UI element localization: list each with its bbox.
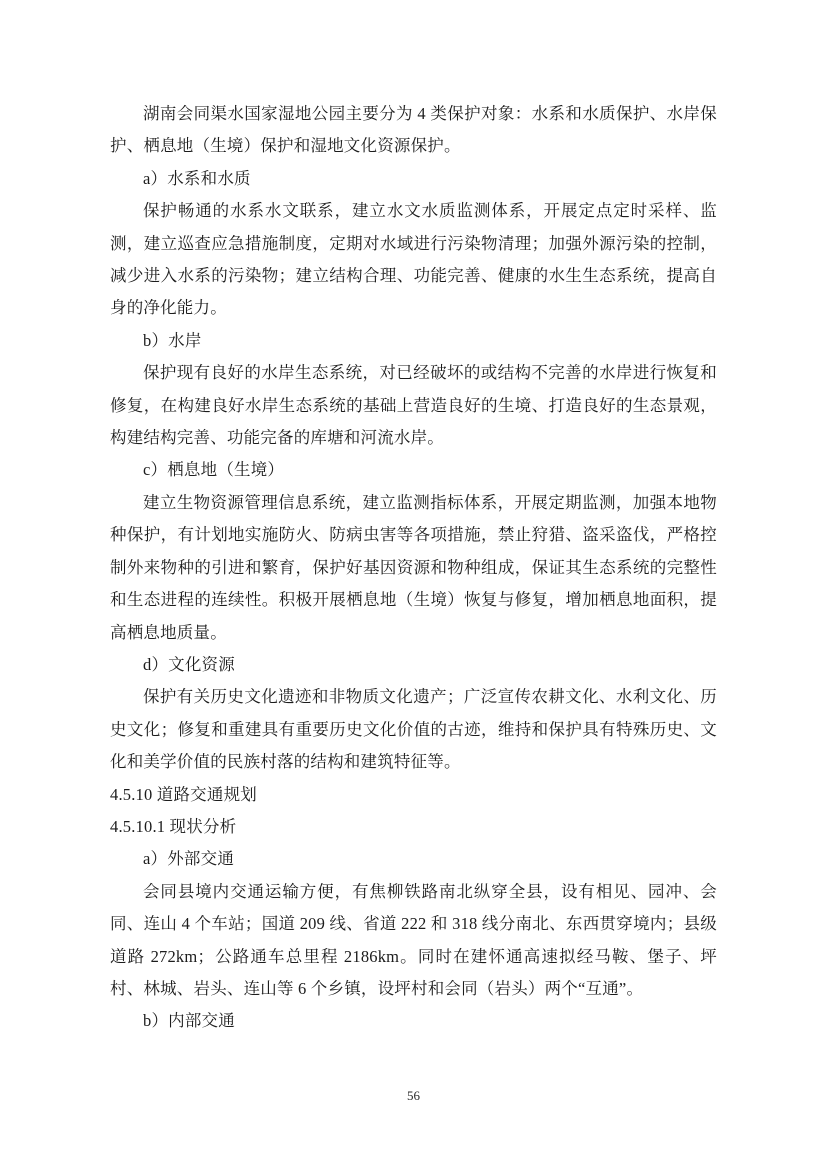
item-b-internal-traffic: b）内部交通 (110, 1005, 717, 1037)
paragraph-external-traffic-detail: 会同县境内交通运输方便，有焦柳铁路南北纵穿全县，设有相见、园冲、会同、连山 4 … (110, 876, 717, 1006)
item-b-shoreline: b）水岸 (110, 325, 717, 357)
paragraph-shoreline-measures: 保护现有良好的水岸生态系统，对已经破坏的或结构不完善的水岸进行恢复和修复，在构建… (110, 357, 717, 454)
heading-status-analysis: 4.5.10.1 现状分析 (110, 811, 717, 843)
heading-road-traffic-planning: 4.5.10 道路交通规划 (110, 779, 717, 811)
paragraph-habitat-measures: 建立生物资源管理信息系统，建立监测指标体系，开展定期监测，加强本地物种保护，有计… (110, 487, 717, 649)
item-a-external-traffic: a）外部交通 (110, 843, 717, 875)
document-body: 湖南会同渠水国家湿地公园主要分为 4 类保护对象：水系和水质保护、水岸保护、栖息… (110, 98, 717, 1038)
item-c-habitat: c）栖息地（生境） (110, 454, 717, 486)
page-number: 56 (0, 1088, 827, 1104)
paragraph-cultural-measures: 保护有关历史文化遗迹和非物质文化遗产；广泛宣传农耕文化、水利文化、历史文化；修复… (110, 681, 717, 778)
document-page: 湖南会同渠水国家湿地公园主要分为 4 类保护对象：水系和水质保护、水岸保护、栖息… (0, 0, 827, 1169)
item-d-cultural-resources: d）文化资源 (110, 649, 717, 681)
paragraph-water-system-measures: 保护畅通的水系水文联系，建立水文水质监测体系，开展定点定时采样、监测，建立巡查应… (110, 195, 717, 325)
paragraph-protection-overview: 湖南会同渠水国家湿地公园主要分为 4 类保护对象：水系和水质保护、水岸保护、栖息… (110, 98, 717, 163)
item-a-water-system-quality: a）水系和水质 (110, 163, 717, 195)
